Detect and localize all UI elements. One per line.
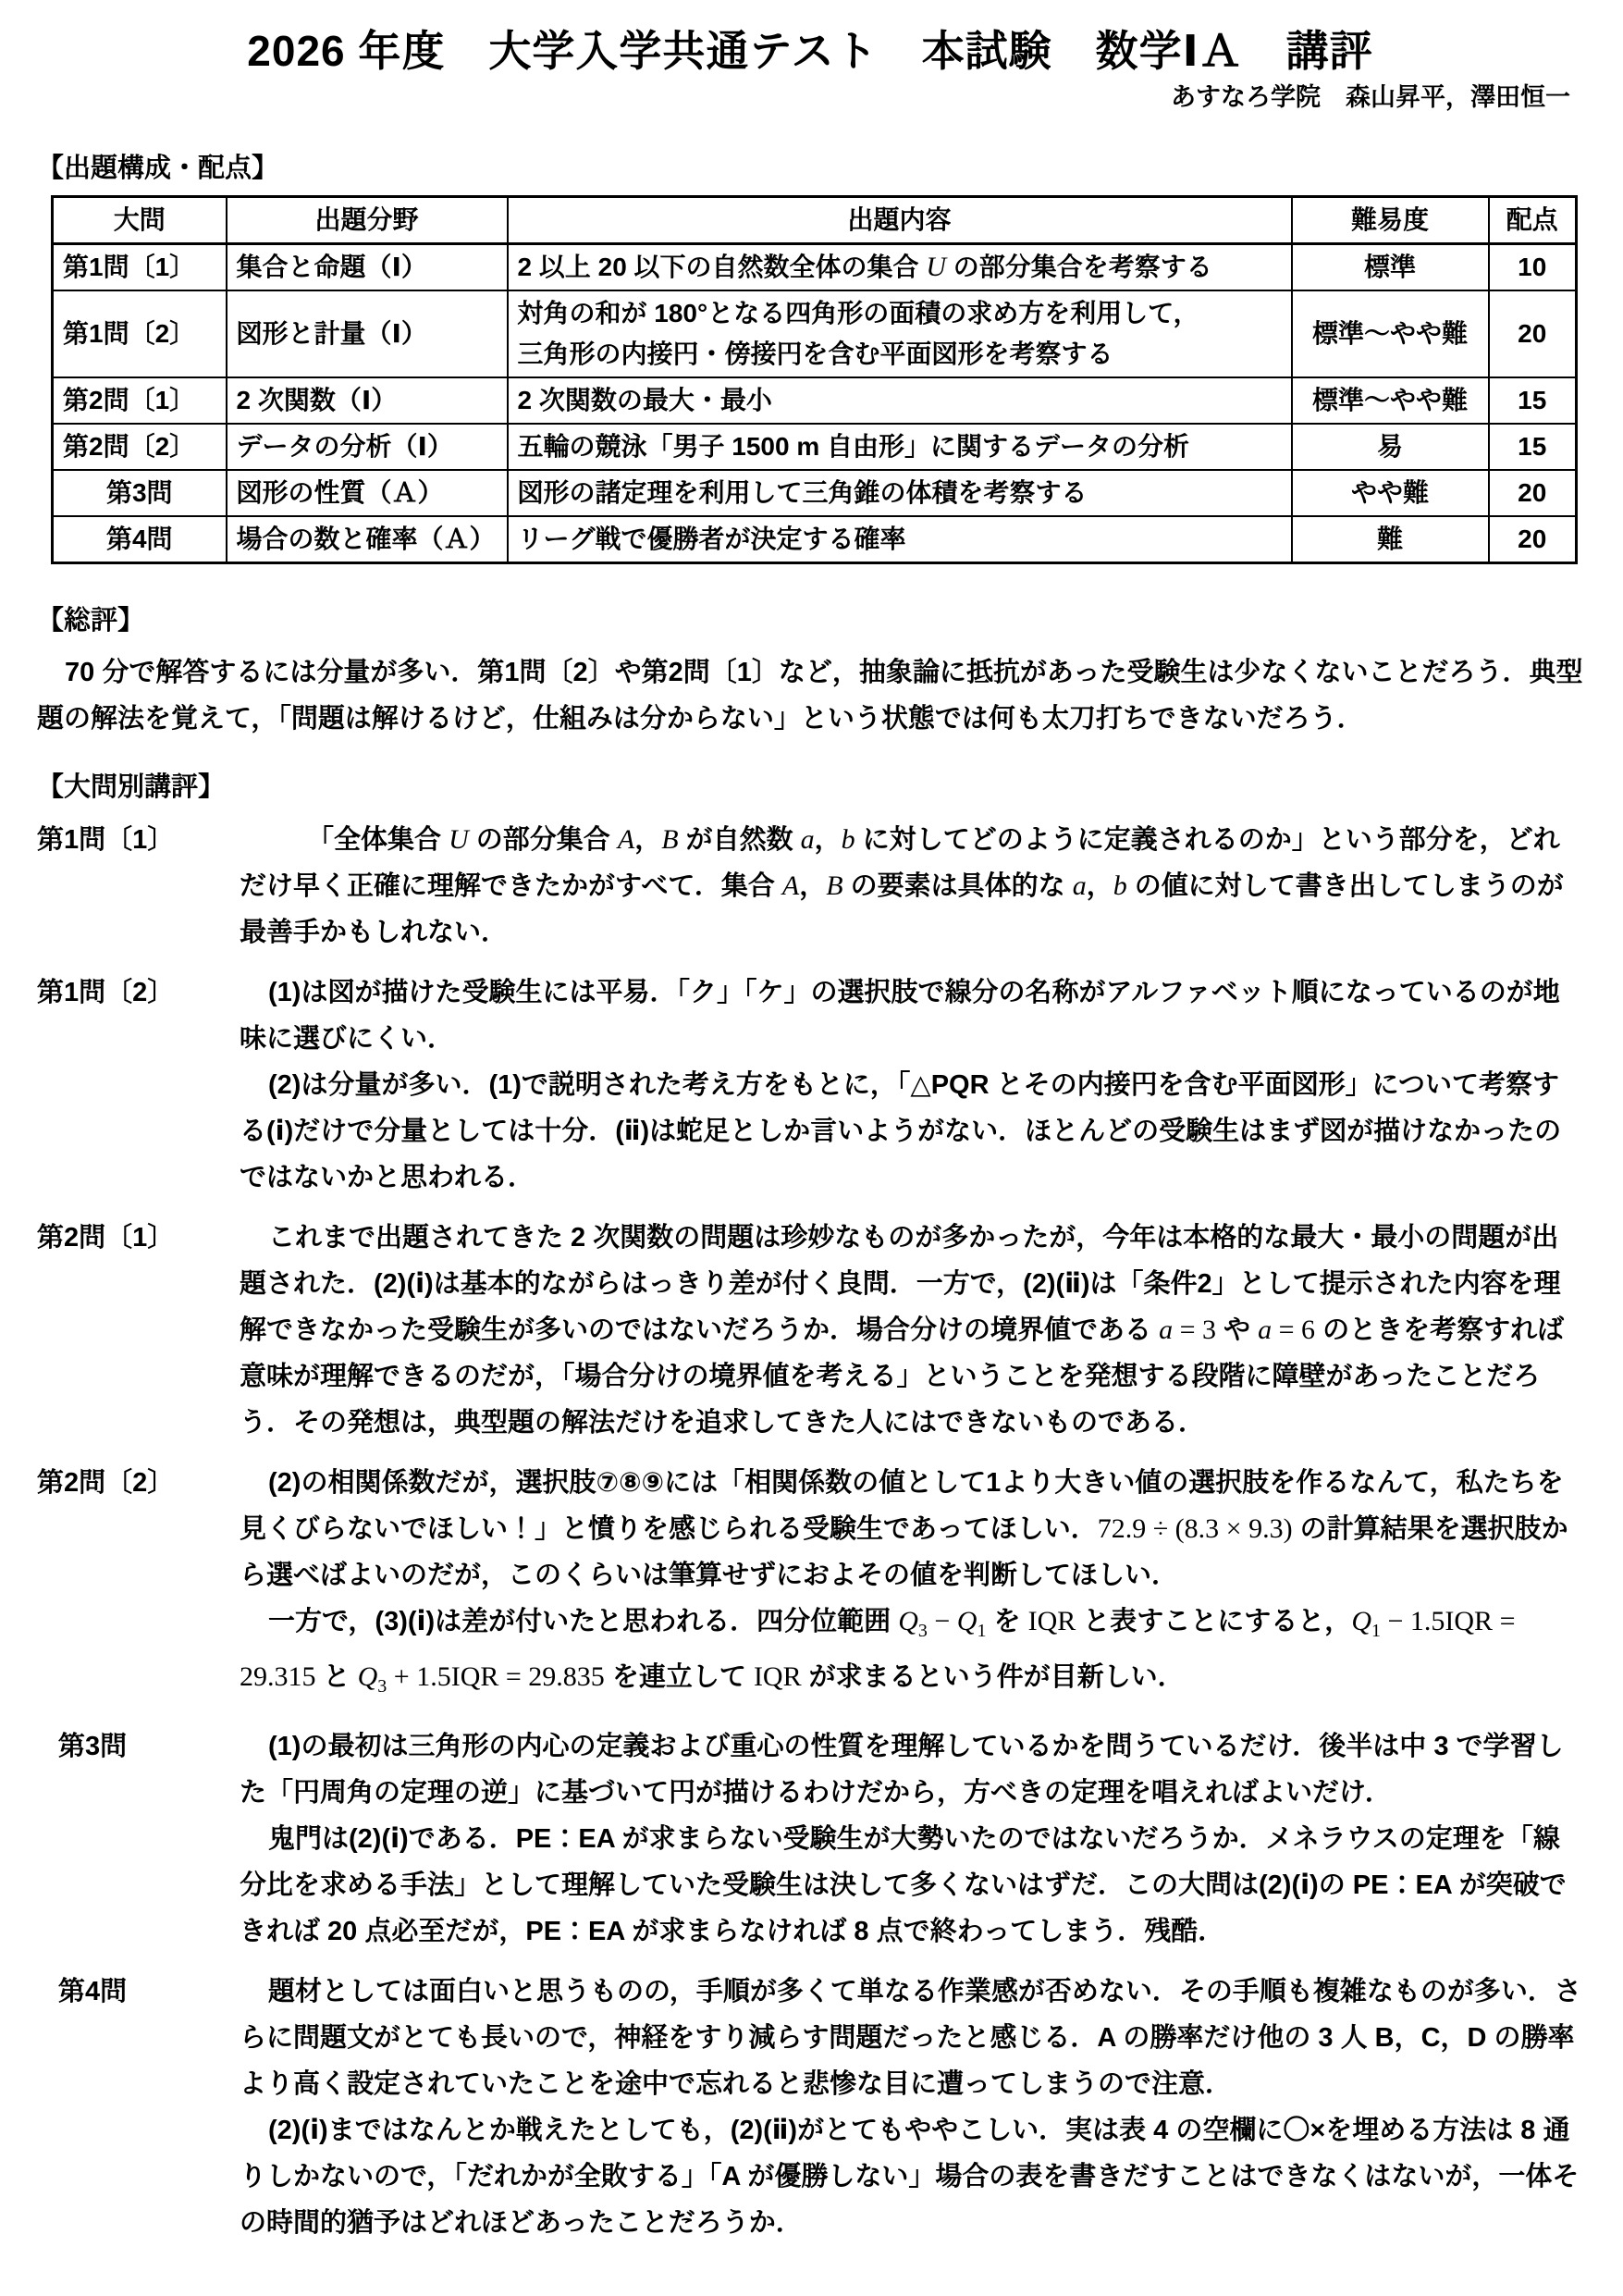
math-run: U <box>926 252 946 282</box>
text-run: ， <box>799 871 826 901</box>
comment-label: 第4問 <box>58 1969 127 2015</box>
math-run: U <box>449 824 469 855</box>
cell-content: 2 以上 20 以下の自然数全体の集合 U の部分集合を考察する <box>508 244 1292 291</box>
math-run: 1 <box>977 1621 986 1641</box>
table-row: 第2問〔2〕 データの分析（Ⅰ） 五輪の競泳「男子 1500 m 自由形」に関す… <box>53 424 1577 470</box>
comment-block-q1-1: 第1問〔1〕 「全体集合 U の部分集合 A，B が自然数 a，b に対してどの… <box>37 817 1583 956</box>
math-run: a <box>1159 1315 1173 1345</box>
comment-paragraph: 鬼門は(2)(ⅰ)である．PE：EA が求まらない受験生が大勢いたのではないだろ… <box>240 1816 1583 1955</box>
cell-field: データの分析（Ⅰ） <box>227 424 508 470</box>
text-run: (1)は図が描けた受験生には平易．「ク」「ケ」の選択肢で線分の名称がアルファベッ… <box>240 978 1560 1054</box>
cell-points: 20 <box>1489 470 1577 516</box>
text-run: 対角の和が 180°となる四角形の面積の求め方を利用して， 三角形の内接円・傍接… <box>518 299 1199 368</box>
author-credit: あすなろ学院 森山昇平，澤田恒一 <box>37 81 1570 114</box>
text-run: や <box>1216 1315 1258 1345</box>
table-row: 第2問〔1〕 2 次関数（Ⅰ） 2 次関数の最大・最小 標準～やや難 15 <box>53 377 1577 424</box>
col-header-points: 配点 <box>1489 197 1577 244</box>
math-run: B <box>826 870 842 901</box>
comment-paragraph: (2)の相関係数だが，選択肢⑦⑧⑨には「相関係数の値として1より大きい値の選択肢… <box>240 1460 1583 1599</box>
cell-difficulty: 標準～やや難 <box>1292 290 1489 377</box>
cell-question: 第3問 <box>53 470 227 516</box>
cell-field: 図形の性質（Ａ） <box>227 470 508 516</box>
text-run: (2)は分量が多い．(1)で説明された考え方をもとに，「△PQR とその内接円を… <box>240 1070 1561 1192</box>
comment-label: 第2問〔2〕 <box>37 1460 174 1506</box>
section-heading-detail: 【大問別講評】 <box>37 772 1583 803</box>
cell-difficulty: 易 <box>1292 424 1489 470</box>
text-run: 五輪の競泳「男子 1500 m 自由形」に関するデータの分析 <box>518 432 1190 461</box>
comment-block-q1-2: 第1問〔2〕 (1)は図が描けた受験生には平易．「ク」「ケ」の選択肢で線分の名称… <box>37 969 1583 1201</box>
text-run: の要素は具体的な <box>843 871 1073 901</box>
text-run: の部分集合を考察する <box>946 253 1212 281</box>
text-run: 70 分で解答するには分量が多い．第1問〔2〕や第2問〔1〕など，抽象論に抵抗が… <box>37 658 1583 734</box>
text-run: リーグ戦で優勝者が決定する確率 <box>518 525 906 553</box>
comment-paragraph: (2)は分量が多い．(1)で説明された考え方をもとに，「△PQR とその内接円を… <box>240 1062 1583 1201</box>
cell-question: 第1問〔1〕 <box>53 244 227 291</box>
math-run: + 1.5IQR = 29.835 <box>387 1661 605 1692</box>
cell-content: 五輪の競泳「男子 1500 m 自由形」に関するデータの分析 <box>508 424 1292 470</box>
cell-content: 対角の和が 180°となる四角形の面積の求め方を利用して， 三角形の内接円・傍接… <box>508 290 1292 377</box>
math-run: Q <box>898 1606 918 1636</box>
text-run: 図形の諸定理を利用して三角錐の体積を考察する <box>518 478 1088 507</box>
comments-list: 第1問〔1〕 「全体集合 U の部分集合 A，B が自然数 a，b に対してどの… <box>37 817 1583 2246</box>
cell-points: 15 <box>1489 424 1577 470</box>
text-run: と表すことにすると， <box>1076 1607 1351 1636</box>
table-header-row: 大問 出題分野 出題内容 難易度 配点 <box>53 197 1577 244</box>
text-run: ， <box>1087 871 1113 901</box>
cell-question: 第1問〔2〕 <box>53 290 227 377</box>
text-run: の部分集合 <box>469 825 618 855</box>
math-run: 1 <box>1371 1621 1381 1641</box>
cell-content: リーグ戦で優勝者が決定する確率 <box>508 516 1292 563</box>
text-run: が自然数 <box>679 825 801 855</box>
cell-question: 第2問〔1〕 <box>53 377 227 424</box>
overall-comment-paragraph: 70 分で解答するには分量が多い．第1問〔2〕や第2問〔1〕など，抽象論に抵抗が… <box>37 649 1583 742</box>
col-header-question: 大問 <box>53 197 227 244</box>
text-run: 題材としては面白いと思うものの，手順が多くて単なる作業感が否めない．その手順も複… <box>240 1977 1581 2099</box>
text-run: と <box>316 1662 358 1692</box>
cell-question: 第2問〔2〕 <box>53 424 227 470</box>
comment-label: 第1問〔1〕 <box>37 817 174 863</box>
cell-field: 場合の数と確率（Ａ） <box>227 516 508 563</box>
cell-difficulty: やや難 <box>1292 470 1489 516</box>
math-run: a <box>1258 1315 1272 1345</box>
math-run: = 3 <box>1173 1315 1216 1345</box>
math-run: A <box>618 824 634 855</box>
cell-points: 20 <box>1489 516 1577 563</box>
col-header-content: 出題内容 <box>508 197 1292 244</box>
comment-paragraph: (1)の最初は三角形の内心の定義および重心の性質を理解しているかを問うているだけ… <box>240 1723 1583 1816</box>
comment-block-q2-2: 第2問〔2〕 (2)の相関係数だが，選択肢⑦⑧⑨には「相関係数の値として1より大… <box>37 1460 1583 1710</box>
comment-paragraph: (1)は図が描けた受験生には平易．「ク」「ケ」の選択肢で線分の名称がアルファベッ… <box>240 969 1583 1062</box>
math-run: IQR <box>1028 1606 1076 1636</box>
math-run: Q <box>1351 1606 1371 1636</box>
cell-content: 2 次関数の最大・最小 <box>508 377 1292 424</box>
exam-structure-table: 大問 出題分野 出題内容 難易度 配点 第1問〔1〕 集合と命題（Ⅰ） 2 以上… <box>51 195 1578 564</box>
text-run: ， <box>815 825 842 855</box>
section-heading-overall: 【総評】 <box>37 605 1583 636</box>
comment-paragraph: これまで出題されてきた 2 次関数の問題は珍妙なものが多かったが，今年は本格的な… <box>240 1215 1583 1446</box>
section-heading-structure: 【出題構成・配点】 <box>37 153 1583 184</box>
text-run: を連立して <box>605 1662 754 1692</box>
comment-paragraph: 題材としては面白いと思うものの，手順が多くて単なる作業感が否めない．その手順も複… <box>240 1969 1583 2107</box>
page-title: 2026 年度 大学入学共通テスト 本試験 数学ⅠＡ 講評 <box>37 24 1583 76</box>
comment-block-q3: 第3問 (1)の最初は三角形の内心の定義および重心の性質を理解しているかを問うて… <box>37 1723 1583 1955</box>
math-run: 72.9 ÷ (8.3 × 9.3) <box>1098 1513 1293 1544</box>
table-row: 第1問〔1〕 集合と命題（Ⅰ） 2 以上 20 以下の自然数全体の集合 U の部… <box>53 244 1577 291</box>
cell-difficulty: 標準 <box>1292 244 1489 291</box>
cell-points: 20 <box>1489 290 1577 377</box>
math-run: B <box>661 824 678 855</box>
cell-field: 図形と計量（Ⅰ） <box>227 290 508 377</box>
comment-paragraph: 一方で，(3)(ⅰ)は差が付いたと思われる．四分位範囲 Q3 − Q1 を IQ… <box>240 1599 1583 1710</box>
math-run: Q <box>957 1606 977 1636</box>
comment-label: 第2問〔1〕 <box>37 1215 174 1261</box>
comment-block-q4: 第4問 題材としては面白いと思うものの，手順が多くて単なる作業感が否めない．その… <box>37 1969 1583 2246</box>
comment-block-q2-1: 第2問〔1〕 これまで出題されてきた 2 次関数の問題は珍妙なものが多かったが，… <box>37 1215 1583 1446</box>
text-run: が求まるという件が目新しい． <box>802 1662 1185 1692</box>
col-header-difficulty: 難易度 <box>1292 197 1489 244</box>
document-page: 2026 年度 大学入学共通テスト 本試験 数学ⅠＡ 講評 あすなろ学院 森山昇… <box>0 0 1623 2296</box>
cell-content: 図形の諸定理を利用して三角錐の体積を考察する <box>508 470 1292 516</box>
math-run: IQR <box>754 1661 802 1692</box>
math-run: a <box>1073 870 1087 901</box>
comment-paragraph: (2)(ⅰ)まではなんとか戦えたとしても，(2)(ⅱ)がとてもややこしい．実は表… <box>240 2107 1583 2246</box>
col-header-field: 出題分野 <box>227 197 508 244</box>
comment-label: 第3問 <box>58 1723 127 1770</box>
math-run: 3 <box>918 1621 928 1641</box>
text-run: (1)の最初は三角形の内心の定義および重心の性質を理解しているかを問うているだけ… <box>240 1732 1564 1808</box>
math-run: = 6 <box>1272 1315 1315 1345</box>
table-row: 第4問 場合の数と確率（Ａ） リーグ戦で優勝者が決定する確率 難 20 <box>53 516 1577 563</box>
math-run: a <box>801 824 815 855</box>
cell-points: 15 <box>1489 377 1577 424</box>
text-run: 「全体集合 <box>307 825 449 855</box>
text-run: 一方で，(3)(ⅰ)は差が付いたと思われる．四分位範囲 <box>268 1607 898 1636</box>
text-run: 2 次関数の最大・最小 <box>518 386 772 414</box>
cell-field: 2 次関数（Ⅰ） <box>227 377 508 424</box>
text-run: 2 以上 20 以下の自然数全体の集合 <box>518 253 927 281</box>
cell-points: 10 <box>1489 244 1577 291</box>
text-run: 鬼門は(2)(ⅰ)である．PE：EA が求まらない受験生が大勢いたのではないだろ… <box>240 1824 1567 1946</box>
math-run: Q <box>358 1661 378 1692</box>
text-run: を <box>986 1607 1027 1636</box>
cell-difficulty: 難 <box>1292 516 1489 563</box>
cell-question: 第4問 <box>53 516 227 563</box>
cell-field: 集合と命題（Ⅰ） <box>227 244 508 291</box>
math-run: b <box>842 824 855 855</box>
table-row: 第1問〔2〕 図形と計量（Ⅰ） 対角の和が 180°となる四角形の面積の求め方を… <box>53 290 1577 377</box>
math-run: 3 <box>377 1676 387 1697</box>
math-run: A <box>782 870 799 901</box>
cell-difficulty: 標準～やや難 <box>1292 377 1489 424</box>
math-run: − <box>928 1606 957 1636</box>
math-run: b <box>1113 870 1127 901</box>
table-row: 第3問 図形の性質（Ａ） 図形の諸定理を利用して三角錐の体積を考察する やや難 … <box>53 470 1577 516</box>
comment-paragraph: 「全体集合 U の部分集合 A，B が自然数 a，b に対してどのように定義され… <box>240 817 1583 956</box>
comment-label: 第1問〔2〕 <box>37 969 174 1016</box>
text-run: ， <box>634 825 661 855</box>
text-run: (2)(ⅰ)まではなんとか戦えたとしても，(2)(ⅱ)がとてもややこしい．実は表… <box>240 2116 1579 2238</box>
